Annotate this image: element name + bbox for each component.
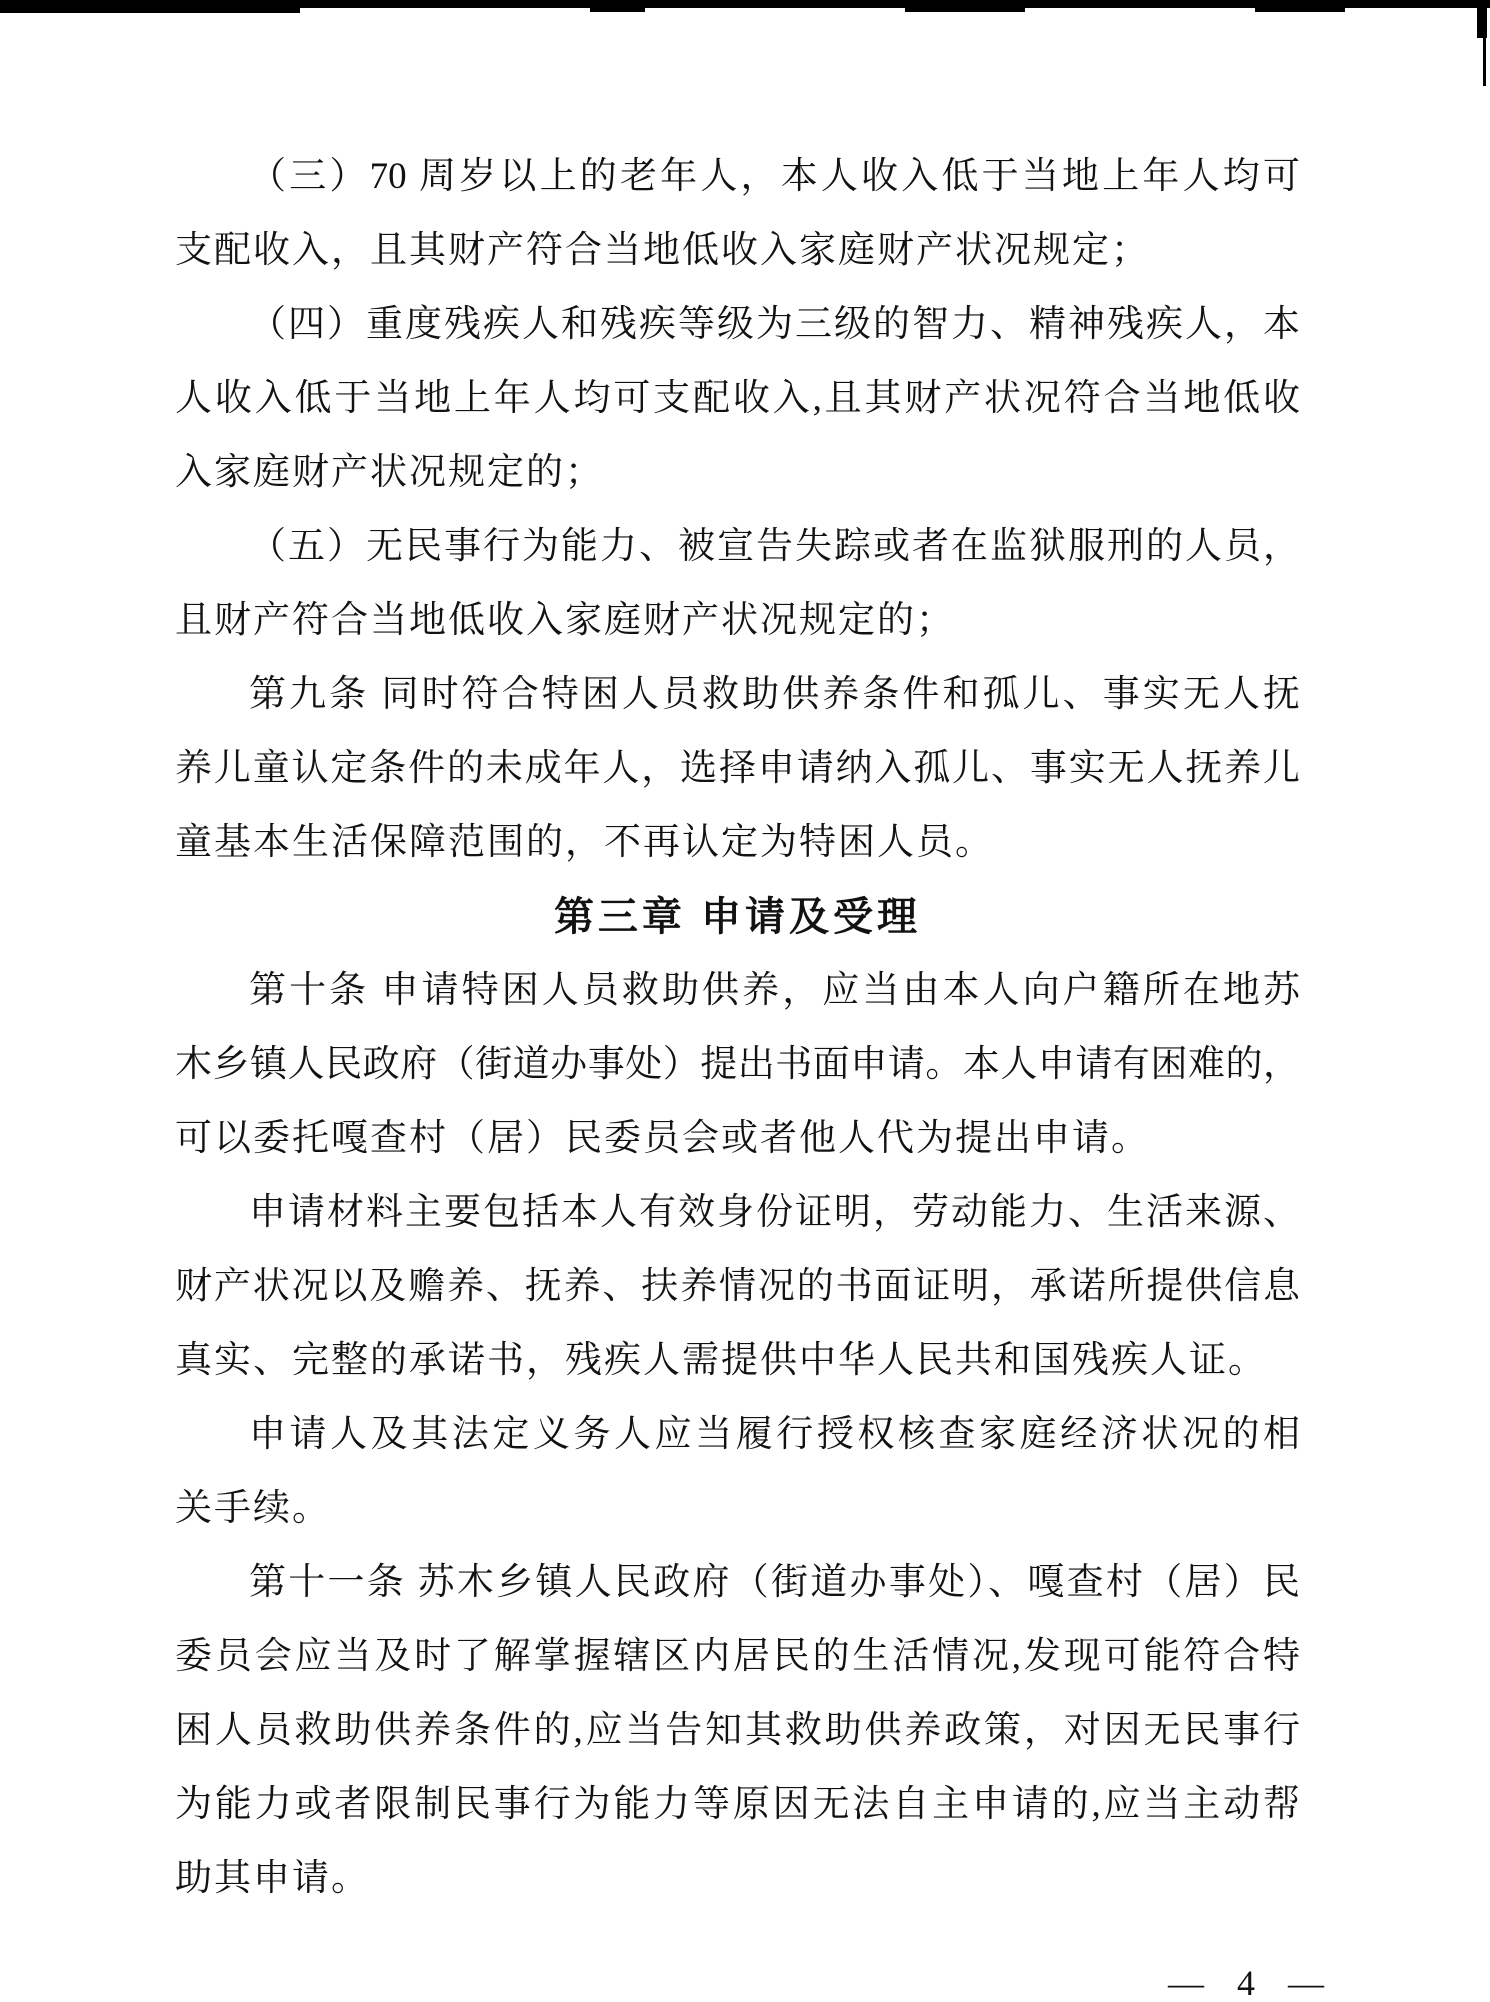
text-line: 入家庭财产状况规定的；	[175, 436, 1300, 510]
text-line: 养儿童认定条件的未成年人，选择申请纳入孤儿、事实无人抚养儿	[175, 732, 1300, 806]
scan-artifact-right-line	[1483, 36, 1486, 86]
text-line: 第九条 同时符合特困人员救助供养条件和孤儿、事实无人抚	[175, 658, 1300, 732]
chapter-heading: 第三章 申请及受理	[175, 880, 1300, 954]
text-line: 且财产符合当地低收入家庭财产状况规定的；	[175, 584, 1300, 658]
scan-artifact-right-mark	[1477, 0, 1487, 38]
scan-artifact-top-nub	[905, 5, 1025, 12]
text-line: 财产状况以及赡养、抚养、扶养情况的书面证明，承诺所提供信息	[175, 1250, 1300, 1324]
scan-artifact-top-nub	[1255, 5, 1345, 12]
text-line: （四）重度残疾人和残疾等级为三级的智力、精神残疾人，本	[175, 288, 1300, 362]
text-line: 可以委托嘎查村（居）民委员会或者他人代为提出申请。	[175, 1102, 1300, 1176]
text-line: （三）70 周岁以上的老年人，本人收入低于当地上年人均可	[175, 140, 1300, 214]
text-line: 支配收入，且其财产符合当地低收入家庭财产状况规定；	[175, 214, 1300, 288]
text-line: 木乡镇人民政府（街道办事处）提出书面申请。本人申请有困难的，	[175, 1028, 1300, 1102]
text-line: （五）无民事行为能力、被宣告失踪或者在监狱服刑的人员，	[175, 510, 1300, 584]
text-line: 困人员救助供养条件的,应当告知其救助供养政策，对因无民事行	[175, 1694, 1300, 1768]
text-line: 第十条 申请特困人员救助供养，应当由本人向户籍所在地苏	[175, 954, 1300, 1028]
document-page: （三）70 周岁以上的老年人，本人收入低于当地上年人均可支配收入，且其财产符合当…	[0, 0, 1490, 2002]
text-line: 真实、完整的承诺书，残疾人需提供中华人民共和国残疾人证。	[175, 1324, 1300, 1398]
text-line: 关手续。	[175, 1472, 1300, 1546]
text-line: 人收入低于当地上年人均可支配收入,且其财产状况符合当地低收	[175, 362, 1300, 436]
text-line: 第十一条 苏木乡镇人民政府（街道办事处）、嘎查村（居）民	[175, 1546, 1300, 1620]
text-line: 申请材料主要包括本人有效身份证明，劳动能力、生活来源、	[175, 1176, 1300, 1250]
scan-artifact-top-nub	[590, 6, 645, 12]
document-body: （三）70 周岁以上的老年人，本人收入低于当地上年人均可支配收入，且其财产符合当…	[175, 140, 1300, 1916]
text-line: 助其申请。	[175, 1842, 1300, 1916]
text-line: 委员会应当及时了解掌握辖区内居民的生活情况,发现可能符合特	[175, 1620, 1300, 1694]
text-line: 申请人及其法定义务人应当履行授权核查家庭经济状况的相	[175, 1398, 1300, 1472]
page-number: — 4 —	[1168, 1962, 1336, 2002]
text-line: 童基本生活保障范围的，不再认定为特困人员。	[175, 806, 1300, 880]
text-line: 为能力或者限制民事行为能力等原因无法自主申请的,应当主动帮	[175, 1768, 1300, 1842]
scan-artifact-top-nub	[0, 6, 300, 13]
